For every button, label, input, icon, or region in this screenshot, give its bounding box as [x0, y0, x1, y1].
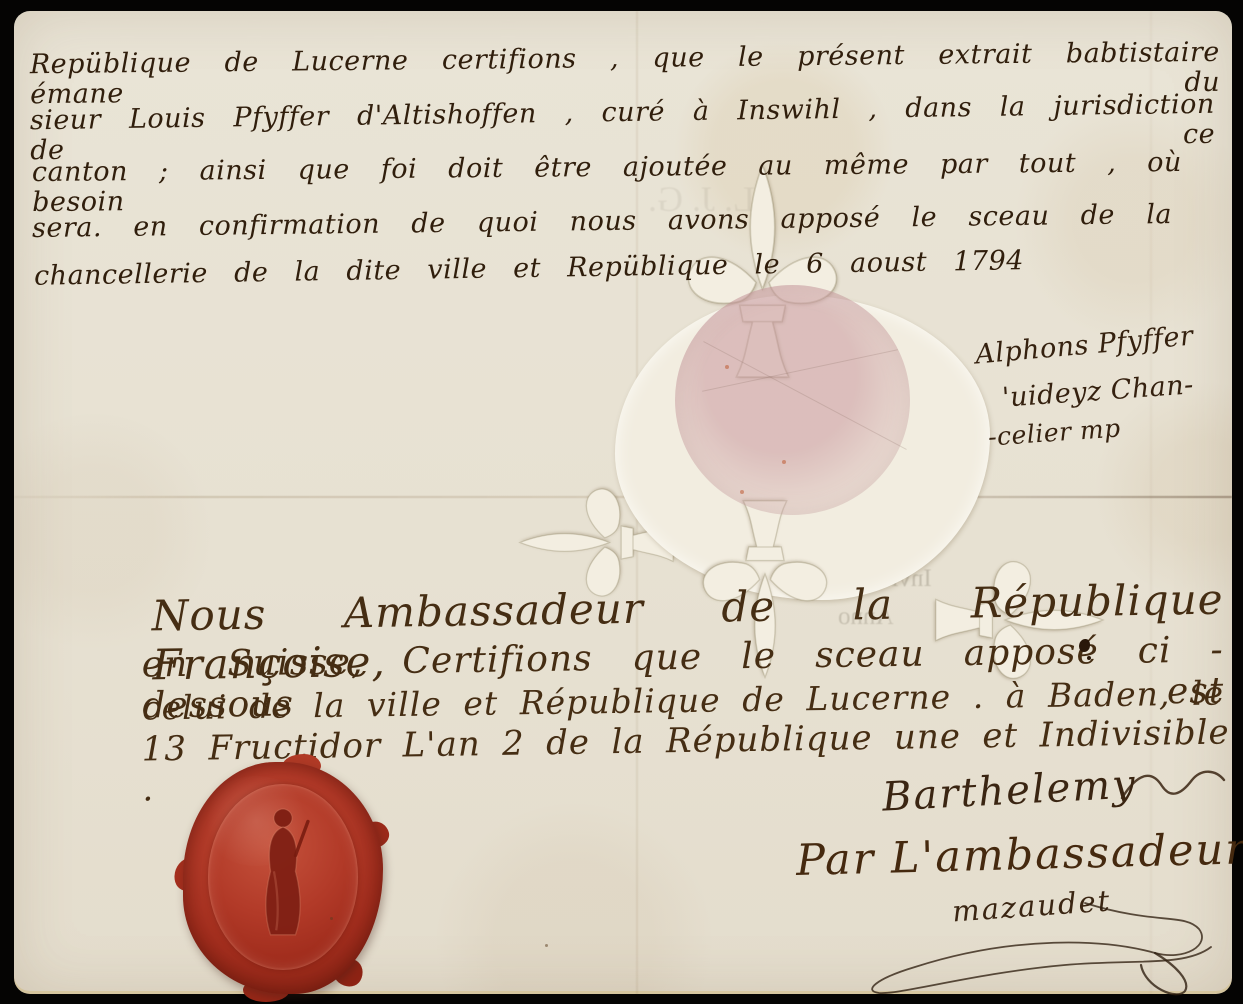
wax-seal-figure [249, 802, 317, 952]
signature-flourish [855, 895, 1235, 1000]
wax-speck [725, 365, 729, 369]
manuscript-photo: L. J. G. Aqua Ios ex Alto Invitée Die An… [0, 0, 1243, 1004]
wax-speck [782, 460, 786, 464]
wax-speck [740, 490, 744, 494]
seal-impression-pink [675, 285, 910, 515]
paper-speck [330, 917, 333, 920]
signature-tail-stroke [1118, 760, 1228, 810]
red-wax-seal [183, 762, 383, 998]
paper-speck [545, 944, 548, 947]
ink-blot [1087, 656, 1091, 660]
